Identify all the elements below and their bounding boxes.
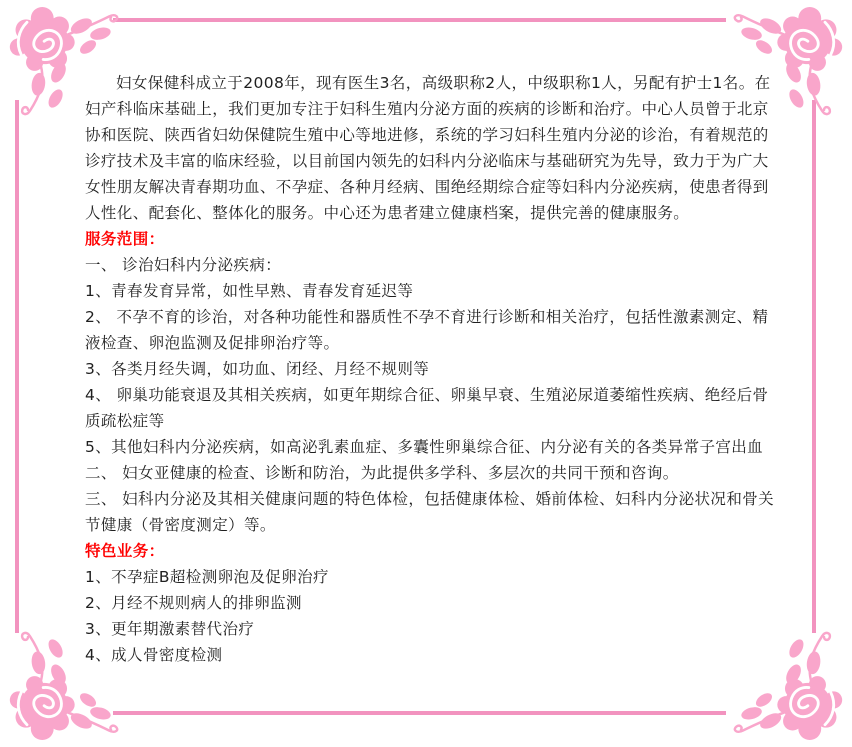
border-line-left bbox=[15, 100, 19, 633]
list-item: 二、 妇女亚健康的检查、诊断和防治，为此提供多学科、多层次的共同干预和咨询。 bbox=[85, 460, 775, 486]
services-scope-heading: 服务范围： bbox=[85, 226, 775, 252]
department-description: 妇女保健科成立于2008年，现有医生3名，高级职称2人，中级职称1人，另配有护士… bbox=[85, 70, 775, 668]
list-item: 1、不孕症B超检测卵泡及促卵治疗 bbox=[85, 564, 775, 590]
list-item: 一、 诊治妇科内分泌疾病： bbox=[85, 252, 775, 278]
list-item: 1、青春发育异常，如性早熟、青春发育延迟等 bbox=[85, 278, 775, 304]
list-item: 2、月经不规则病人的排卵监测 bbox=[85, 590, 775, 616]
border-line-right bbox=[812, 100, 816, 633]
list-item: 2、 不孕不育的诊治，对各种功能性和器质性不孕不育进行诊断和相关治疗，包括性激素… bbox=[85, 304, 775, 356]
intro-paragraph: 妇女保健科成立于2008年，现有医生3名，高级职称2人，中级职称1人，另配有护士… bbox=[85, 70, 775, 226]
list-item: 3、更年期激素替代治疗 bbox=[85, 616, 775, 642]
list-item: 4、 卵巢功能衰退及其相关疾病，如更年期综合征、卵巢早衰、生殖泌尿道萎缩性疾病、… bbox=[85, 382, 775, 434]
border-line-bottom bbox=[113, 711, 726, 715]
border-line-top bbox=[113, 18, 726, 22]
special-services-heading: 特色业务： bbox=[85, 538, 775, 564]
list-item: 4、成人骨密度检测 bbox=[85, 642, 775, 668]
department-intro-page: 妇女保健科成立于2008年，现有医生3名，高级职称2人，中级职称1人，另配有护士… bbox=[0, 0, 852, 747]
list-item: 5、其他妇科内分泌疾病，如高泌乳素血症、多囊性卵巢综合征、内分泌有关的各类异常子… bbox=[85, 434, 775, 460]
list-item: 3、各类月经失调，如功血、闭经、月经不规则等 bbox=[85, 356, 775, 382]
list-item: 三、 妇科内分泌及其相关健康问题的特色体检，包括健康体检、婚前体检、妇科内分泌状… bbox=[85, 486, 775, 538]
